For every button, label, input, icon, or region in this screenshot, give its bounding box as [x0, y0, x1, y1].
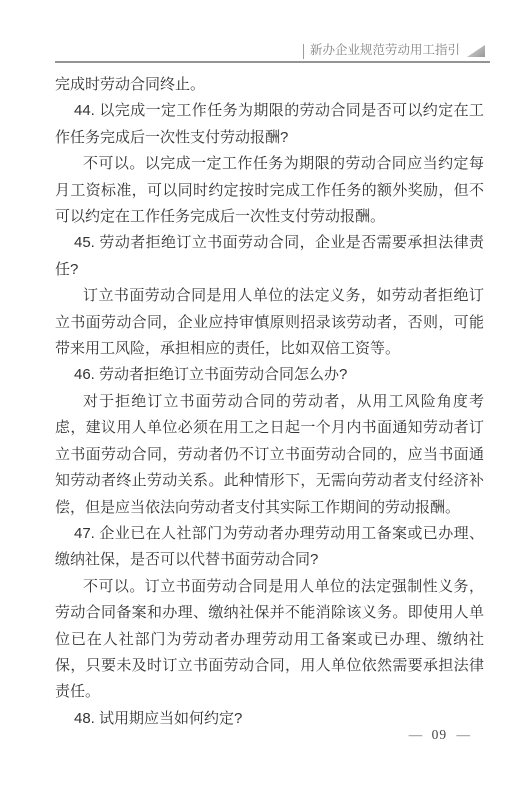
paragraph-continuation: 完成时劳动合同终止。	[55, 72, 484, 98]
answer-46: 对于拒绝订立书面劳动合同的劳动者，从用工风险角度考虑，建议用人单位必须在用工之日…	[55, 389, 484, 521]
question-46: 46. 劳动者拒绝订立书面劳动合同怎么办?	[55, 362, 484, 388]
body-text-block: 完成时劳动合同终止。 44. 以完成一定工作任务为期限的劳动合同是否可以约定在工…	[55, 72, 484, 732]
answer-44: 不可以。以完成一定工作任务为期限的劳动合同应当约定每月工资标准，可以同时约定按时…	[55, 151, 484, 230]
running-head-title: 新办企业规范劳动用工指引	[310, 43, 460, 58]
header-tick-divider	[303, 44, 304, 59]
document-page: 新办企业规范劳动用工指引 完成时劳动合同终止。 44. 以完成一定工作任务为期限…	[0, 0, 529, 794]
page-footer: — 09 —	[0, 727, 470, 743]
question-45: 45. 劳动者拒绝订立书面劳动合同，企业是否需要承担法律责任?	[55, 230, 484, 283]
corner-triangle-icon	[467, 45, 485, 57]
answer-45: 订立书面劳动合同是用人单位的法定义务，如劳动者拒绝订立书面劳动合同，企业应持审慎…	[55, 283, 484, 362]
page-number: 09	[432, 727, 448, 742]
footer-left-dash: —	[409, 727, 423, 742]
question-47: 47. 企业已在人社部门为劳动者办理劳动用工备案或已办理、缴纳社保，是否可以代替…	[55, 521, 484, 574]
header-rule	[55, 61, 490, 63]
footer-right-dash: —	[457, 727, 471, 742]
question-44: 44. 以完成一定工作任务为期限的劳动合同是否可以约定在工作任务完成后一次性支付…	[55, 98, 484, 151]
answer-47: 不可以。订立书面劳动合同是用人单位的法定强制性义务，劳动合同备案和办理、缴纳社保…	[55, 574, 484, 706]
